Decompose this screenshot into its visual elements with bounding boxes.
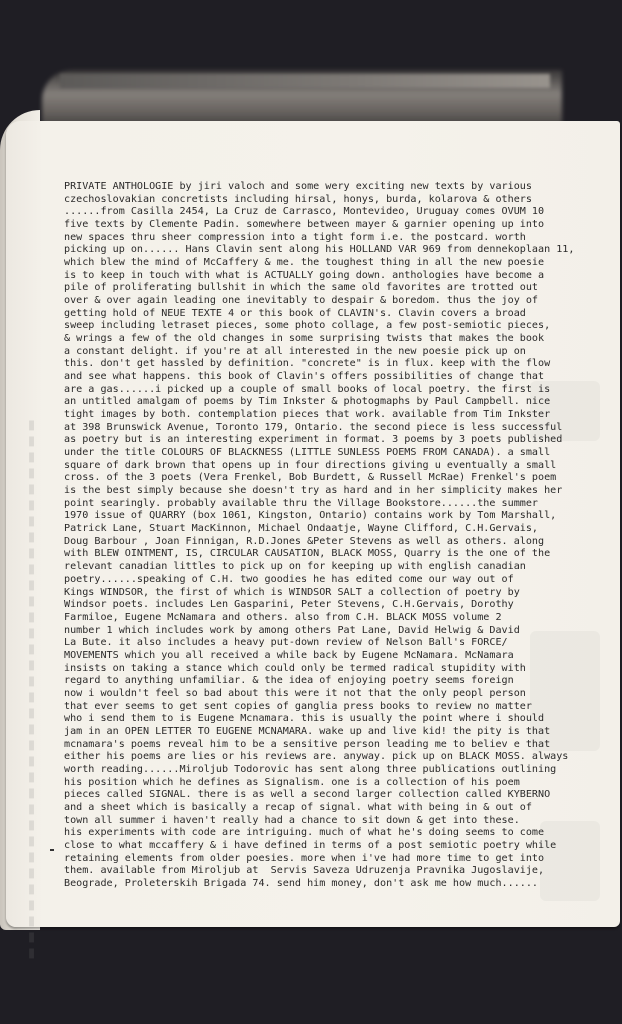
text-line: his experiments with code are intriguing… <box>64 827 574 840</box>
text-line: Patrick Lane, Stuart MacKinnon, Michael … <box>64 523 574 536</box>
text-line: square of dark brown that opens up in fo… <box>64 460 574 473</box>
text-line: town all summer i haven't really had a c… <box>64 815 574 828</box>
text-line: Windsor poets. includes Len Gasparini, P… <box>64 599 574 612</box>
text-line: this. don't get hassled by definition. "… <box>64 358 574 371</box>
text-line: his position which he defines as Signali… <box>64 777 574 790</box>
text-line: Farmiloe, Eugene McNamara and others. al… <box>64 612 574 625</box>
text-line: 1970 issue of QUARRY (box 1061, Kingston… <box>64 510 574 523</box>
text-line: cross. of the 3 poets (Vera Frenkel, Bob… <box>64 472 574 485</box>
text-line: them. available from Miroljub at Servis … <box>64 865 574 878</box>
margin-dash-mark <box>50 849 54 851</box>
text-line: insists on taking a stance which could o… <box>64 663 574 676</box>
text-line: an untitled amalgam of poems by Tim Inks… <box>64 396 574 409</box>
text-line: number 1 which includes work by among ot… <box>64 625 574 638</box>
bleed-through-text: ▮▮▮▮▮▮▮▮▮▮▮▮▮▮▮▮▮▮▮▮▮▮▮▮▮▮▮▮▮▮▮▮▮▮ <box>24 401 64 961</box>
text-line: Kings WINDSOR, the first of which is WIN… <box>64 587 574 600</box>
text-line: are a gas......i picked up a couple of s… <box>64 384 574 397</box>
text-line: getting hold of NEUE TEXTE 4 or this boo… <box>64 308 574 321</box>
text-line: is the best simply because she doesn't t… <box>64 485 574 498</box>
text-line: Beograde, Proleterskih Brigada 74. send … <box>64 878 574 891</box>
text-line: is to keep in touch with what is ACTUALL… <box>64 270 574 283</box>
text-line: with BLEW OINTMENT, IS, CIRCULAR CAUSATI… <box>64 548 574 561</box>
text-line: point searingly. probably available thru… <box>64 498 574 511</box>
text-line: worth reading......Miroljub Todorovic ha… <box>64 764 574 777</box>
text-line: MOVEMENTS which you all received a while… <box>64 650 574 663</box>
text-line: which blew the mind of McCaffery & me. t… <box>64 257 574 270</box>
text-line: pile of proliferating bullshit in which … <box>64 282 574 295</box>
typewritten-body-text: PRIVATE ANTHOLOGIE by jiri valoch and so… <box>64 181 574 891</box>
text-line: mcnamara's poems reveal him to be a sens… <box>64 739 574 752</box>
text-line: & wrings a few of the old changes in som… <box>64 333 574 346</box>
text-line: and see what happens. this book of Clavi… <box>64 371 574 384</box>
text-line: retaining elements from older poesies. m… <box>64 853 574 866</box>
text-line: who i send them to is Eugene Mcnamara. t… <box>64 713 574 726</box>
text-line: picking up on...... Hans Clavin sent alo… <box>64 244 574 257</box>
text-line: at 398 Brunswick Avenue, Toronto 179, On… <box>64 422 574 435</box>
text-line: a constant delight. if you're at all int… <box>64 346 574 359</box>
text-line: under the title COLOURS OF BLACKNESS (LI… <box>64 447 574 460</box>
text-line: La Bute. it also includes a heavy put-do… <box>64 637 574 650</box>
scanned-page-scene: ▮▮▮▮▮▮▮▮▮▮▮▮▮▮▮▮▮▮▮▮▮▮▮▮▮▮▮▮▮▮▮▮▮▮ PRIVA… <box>0 0 622 1024</box>
text-line: regard to anything unfamiliar. & the ide… <box>64 675 574 688</box>
text-line: Doug Barbour , Joan Finnigan, R.D.Jones … <box>64 536 574 549</box>
text-line: czechoslovakian concretists including hi… <box>64 194 574 207</box>
text-line: new spaces thru sheer compression into a… <box>64 232 574 245</box>
text-line: tight images by both. contemplation piec… <box>64 409 574 422</box>
text-line: PRIVATE ANTHOLOGIE by jiri valoch and so… <box>64 181 574 194</box>
text-line: five texts by Clemente Padin. somewhere … <box>64 219 574 232</box>
text-line: that ever seems to get sent copies of ga… <box>64 701 574 714</box>
text-line: now i wouldn't feel so bad about this we… <box>64 688 574 701</box>
text-line: close to what mccaffery & i have defined… <box>64 840 574 853</box>
text-line: sweep including letraset pieces, some ph… <box>64 320 574 333</box>
text-line: and a sheet which is basically a recap o… <box>64 802 574 815</box>
text-line: either his poems are lies or his reviews… <box>64 751 574 764</box>
text-line: poetry......speaking of C.H. two goodies… <box>64 574 574 587</box>
underlying-sheet-strip <box>60 74 550 88</box>
text-line: relevant canadian littles to pick up on … <box>64 561 574 574</box>
text-line: jam in an OPEN LETTER TO EUGENE MCNAMARA… <box>64 726 574 739</box>
text-line: as poetry but is an interesting experime… <box>64 434 574 447</box>
text-line: pieces called SIGNAL. there is as well a… <box>64 789 574 802</box>
text-line: ......from Casilla 2454, La Cruz de Carr… <box>64 206 574 219</box>
text-line: over & over again leading one inevitably… <box>64 295 574 308</box>
